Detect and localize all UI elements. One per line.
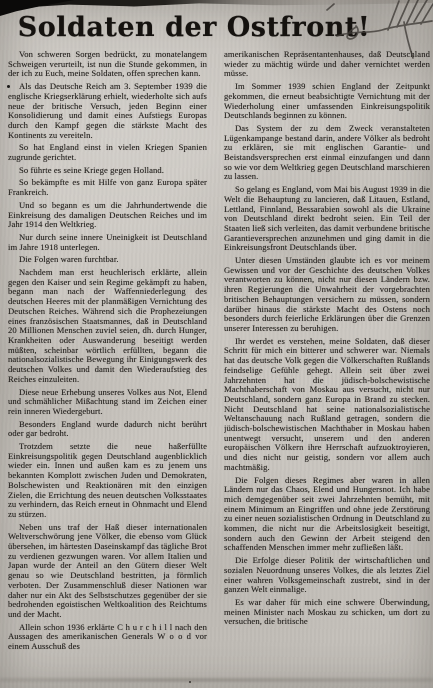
- paragraph: Ihr werdet es verstehen, meine Soldaten,…: [224, 337, 430, 473]
- paragraph: So gelang es England, vom Mai bis August…: [224, 185, 430, 253]
- paragraph: Nur durch seine innere Uneinigkeit ist D…: [8, 233, 207, 252]
- paragraph: Die Folgen dieses Regimes aber waren in …: [224, 476, 430, 554]
- two-column-text-block: Von schweren Sorgen bedrückt, zu monatel…: [0, 50, 433, 678]
- paragraph: Als das Deutsche Reich am 3. September 1…: [8, 82, 207, 140]
- paragraph: Neben uns traf der Haß dieser internatio…: [8, 523, 207, 620]
- paragraph: Die Folgen waren furchtbar.: [8, 255, 207, 265]
- paragraph: Das System der zu dem Zweck veranstaltet…: [224, 124, 430, 182]
- paragraph: Trotzdem setzte die neue haßerfüllte Ein…: [8, 442, 207, 520]
- paragraph: Unter diesen Umständen glaubte ich es vo…: [224, 256, 430, 334]
- paragraph: Nachdem man erst heuchlerisch erklärte, …: [8, 268, 207, 384]
- margin-ink-dot: [7, 85, 10, 88]
- paragraph: Und so begann es um die Jahrhundertwende…: [8, 201, 207, 230]
- paragraph: So führte es seine Kriege gegen Holland.: [8, 166, 207, 176]
- paragraph: amerikanischen Repräsentantenhauses, daß…: [224, 50, 430, 79]
- paragraph: Im Sommer 1939 schien England der Zeitpu…: [224, 82, 430, 121]
- paper-crease-shadow: [0, 678, 433, 682]
- paragraph: Besonders England wurde dadurch nicht be…: [8, 420, 207, 439]
- paragraph: Von schweren Sorgen bedrückt, zu monatel…: [8, 50, 207, 79]
- paragraph: Die Erfolge dieser Politik der wirtschaf…: [224, 556, 430, 595]
- right-text-column: amerikanischen Repräsentantenhauses, daß…: [224, 50, 430, 678]
- left-text-column: Von schweren Sorgen bedrückt, zu monatel…: [8, 50, 207, 678]
- paragraph: So hat England einst in vielen Kriegen S…: [8, 143, 207, 162]
- page-title: Soldaten der Ostfront!: [0, 12, 388, 43]
- paragraph: Es war daher für mich eine schwere Überw…: [224, 598, 430, 627]
- leaflet-page: Soldaten der Ostfront! Von schweren Sorg…: [0, 0, 433, 688]
- paragraph: So bekämpfte es mit Hilfe von ganz Europ…: [8, 178, 207, 197]
- paragraph: Allein schon 1936 erklärte C h u r c h i…: [8, 623, 207, 652]
- paragraph: Diese neue Erhebung unseres Volkes aus N…: [8, 388, 207, 417]
